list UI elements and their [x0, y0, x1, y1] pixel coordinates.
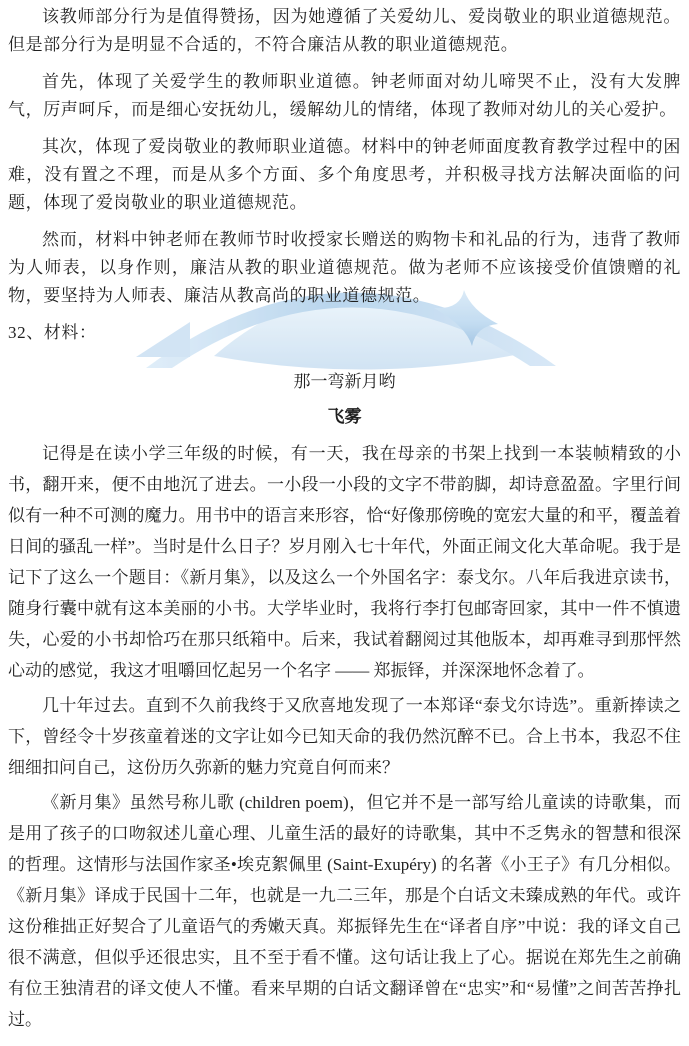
- answer-section: 该教师部分行为是值得赞扬，因为她遵循了关爱幼儿、爱岗敬业的职业道德规范。但是部分…: [8, 3, 681, 310]
- question-number-label: 32、材料：: [8, 319, 681, 347]
- answer-paragraph: 首先，体现了关爱学生的教师职业道德。钟老师面对幼儿啼哭不止，没有大发脾气，厉声呵…: [8, 68, 681, 124]
- answer-paragraph: 该教师部分行为是值得赞扬，因为她遵循了关爱幼儿、爱岗敬业的职业道德规范。但是部分…: [8, 3, 681, 59]
- material-paragraph: 记得是在读小学三年级的时候，有一天，我在母亲的书架上找到一本装帧精致的小书，翻开…: [8, 438, 681, 686]
- answer-paragraph: 其次，体现了爱岗敬业的教师职业道德。材料中的钟老师面度教育教学过程中的困难，没有…: [8, 133, 681, 217]
- material-essay: 记得是在读小学三年级的时候，有一天，我在母亲的书架上找到一本装帧精致的小书，翻开…: [8, 438, 681, 1035]
- document-page: { "page": { "background": "#ffffff", "te…: [0, 0, 689, 1046]
- material-author: 飞雾: [8, 404, 681, 430]
- material-paragraph: 《新月集》虽然号称儿歌 (children poem)，但它并不是一部写给儿童读…: [8, 787, 681, 1035]
- document-content: 该教师部分行为是值得赞扬，因为她遵循了关爱幼儿、爱岗敬业的职业道德规范。但是部分…: [0, 0, 689, 1035]
- material-paragraph: 几十年过去。直到不久前我终于又欣喜地发现了一本郑译“泰戈尔诗选”。重新捧读之下，…: [8, 690, 681, 783]
- material-title: 那一弯新月哟: [8, 369, 681, 395]
- answer-paragraph: 然而，材料中钟老师在教师节时收授家长赠送的购物卡和礼品的行为，违背了教师为人师表…: [8, 226, 681, 310]
